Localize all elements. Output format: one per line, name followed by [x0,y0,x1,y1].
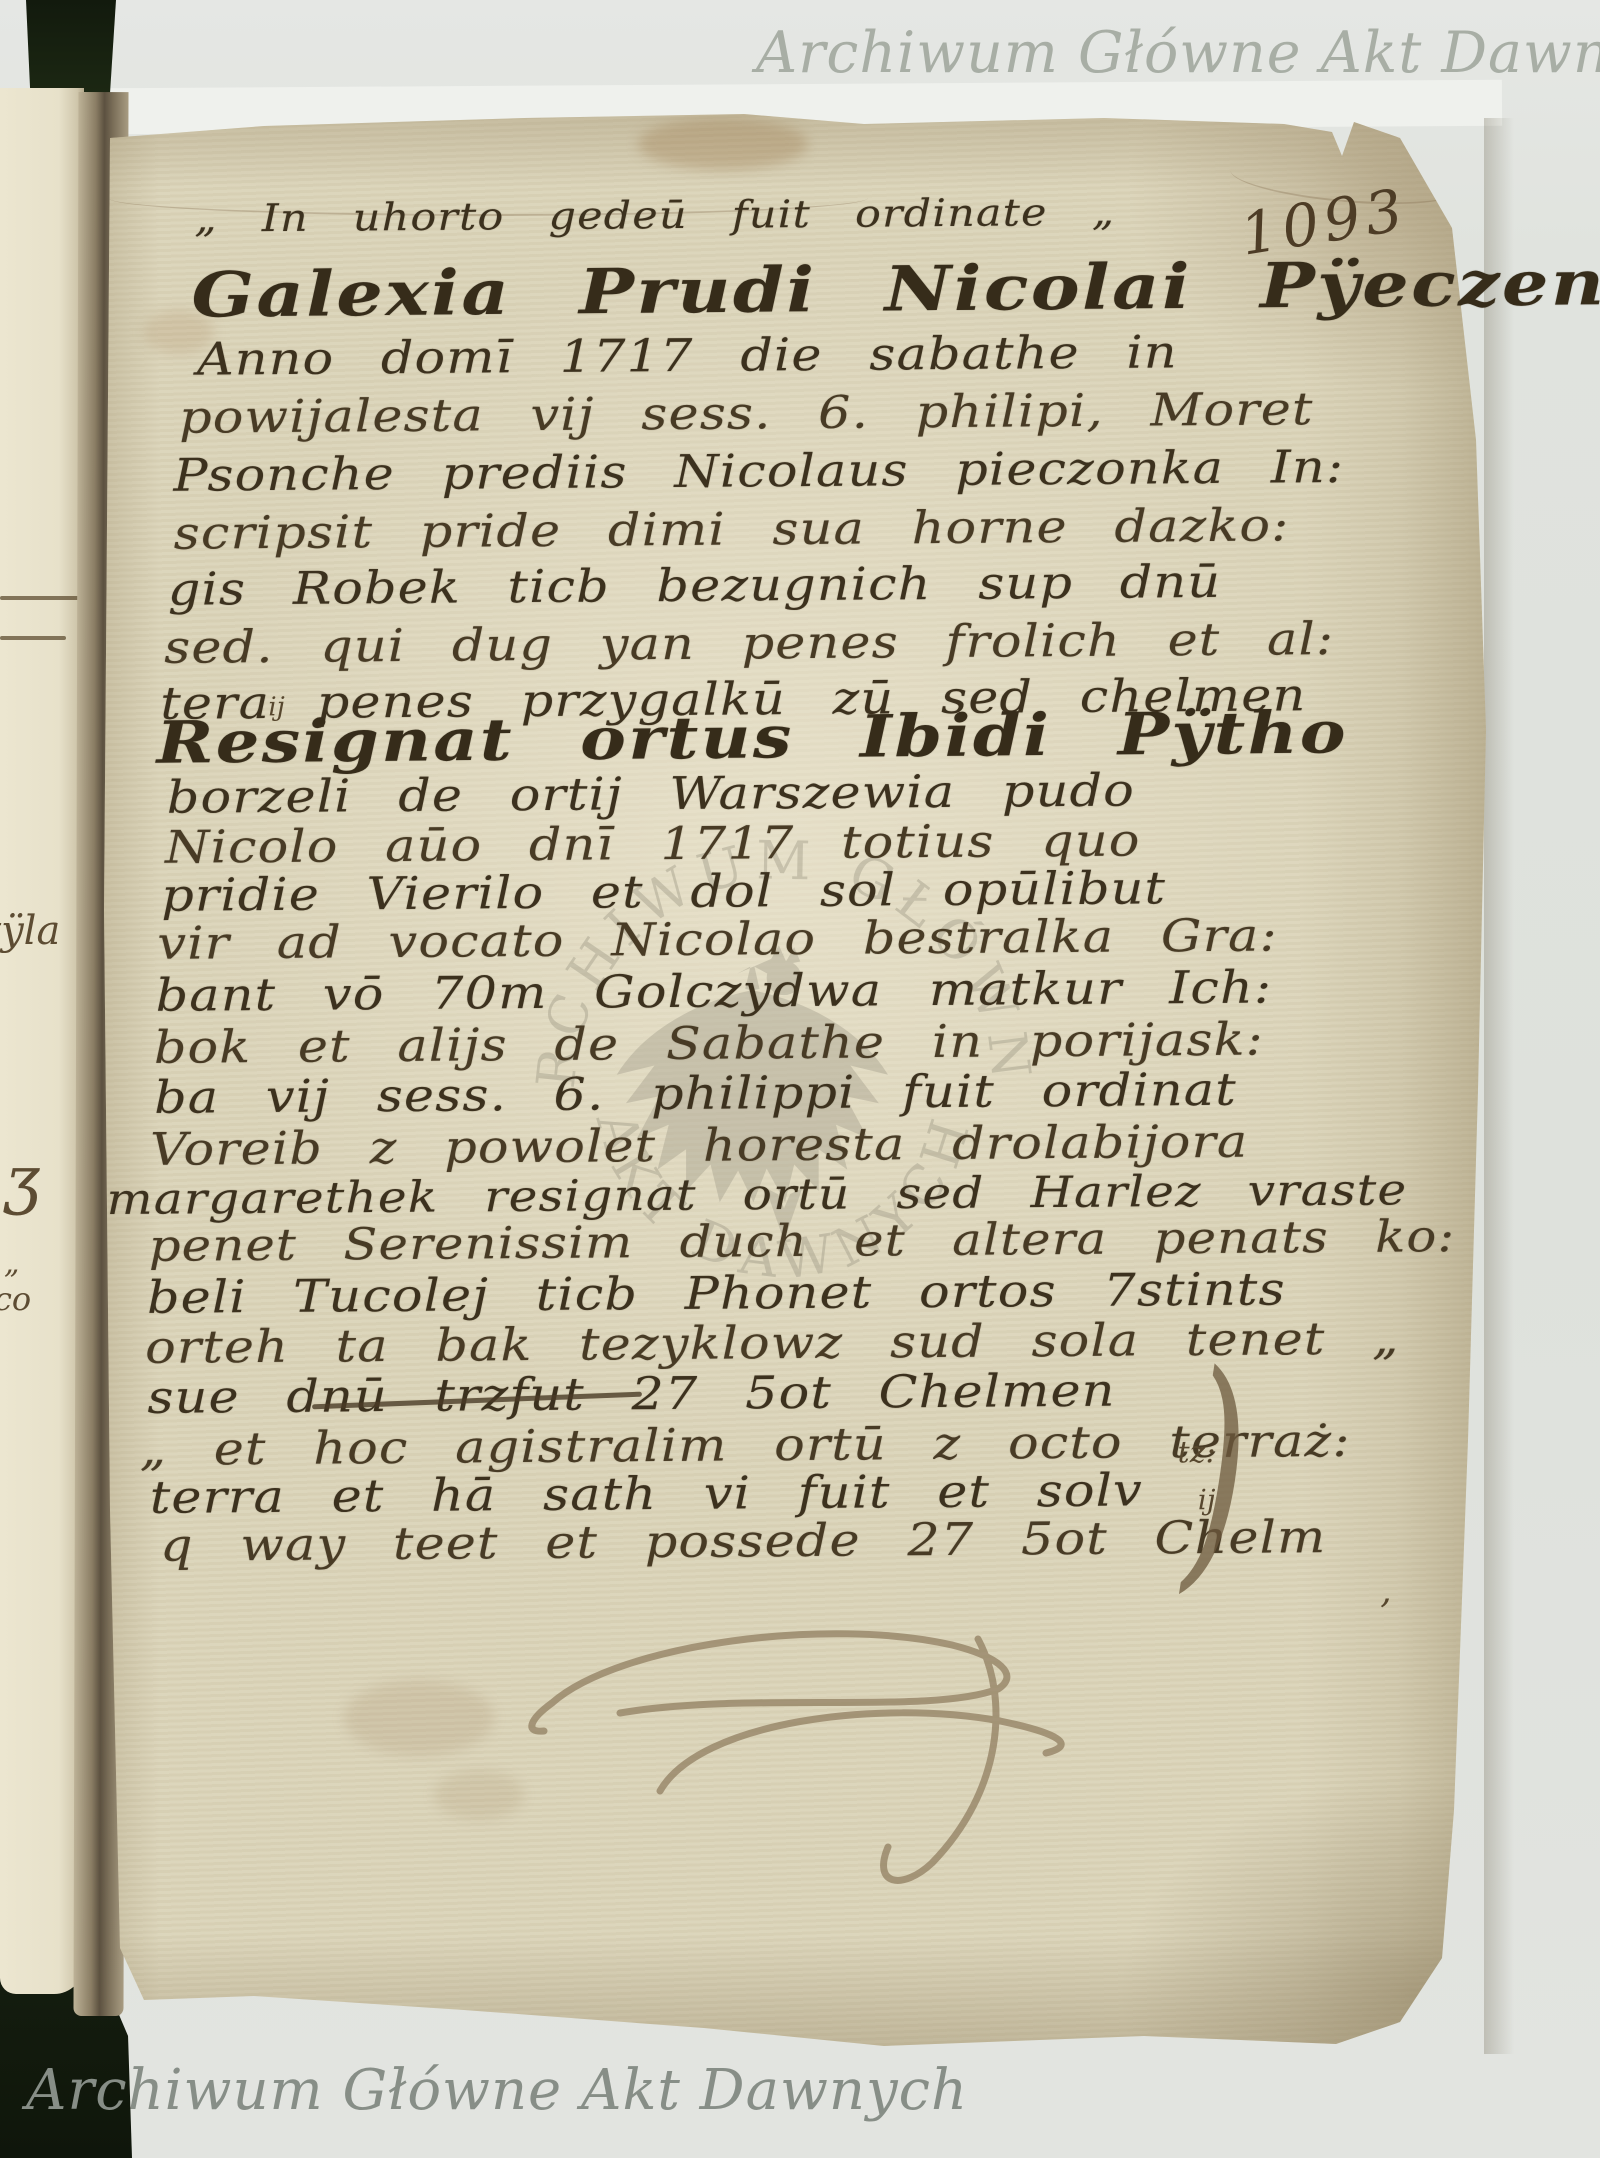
manuscript-line: penet Serenissim duch et altera penats k… [149,1215,1456,1269]
margin-bracket-mark: ) [1182,1340,1252,1600]
manuscript-line: vir ad vocato Nicolao bestralka Gra: [157,912,1278,965]
manuscript-line: Psonche prediis Nicolaus pieczonka In: [173,444,1344,498]
manuscript-line: bok et alijs de Sabathe in porijask: [154,1017,1264,1070]
manuscript-line: Galexia Prudi Nicolai Pÿeczenka [191,251,1600,326]
manuscript-line: „ In uhorto gedeū fuit ordinate „ [194,193,1115,238]
watermark-caption-bottom: Archiwum Główne Akt Dawnych [26,2058,968,2123]
manuscript-line: gis Robek ticb bezugnich sup dnū [168,559,1222,612]
watermark-caption-top: Archiwum Główne Akt Dawnych [756,20,1600,86]
manuscript-line: borzeli de ortij Warszewia pudo [167,768,1135,820]
margin-mark: , [1380,1573,1392,1609]
margin-mark: ij [268,694,285,720]
manuscript-line: Resignat ortus Ibidi Pÿtho [156,703,1348,771]
manuscript-line: „ et hoc agistralim ortū z octo terraż: [139,1418,1350,1472]
manuscript-line: ba vij sess. 6. philippi fuit ordinat [154,1067,1237,1120]
manuscript-line: beli Tucolej ticb Phonet ortos 7stints [147,1266,1286,1319]
manuscript-line: Anno domī 1717 die sabathe in [197,329,1178,381]
manuscript-line: powijalesta vij sess. 6. philipi, Moret [179,386,1314,439]
manuscript-line: sed. qui dug yan penes frolich et al: [164,616,1334,670]
manuscript-line: bant vō 70m Golczydwa matkur Ich: [155,964,1272,1017]
manuscript-line: q way teet et possede 27 5ot Chelm [160,1514,1327,1568]
paraph-flourish [500,1595,1100,1915]
manuscript-line: Voreib z powolet horesta drolabijora [150,1119,1248,1172]
manuscript-line: scripsit pride dimi sua horne dazko: [173,502,1289,555]
